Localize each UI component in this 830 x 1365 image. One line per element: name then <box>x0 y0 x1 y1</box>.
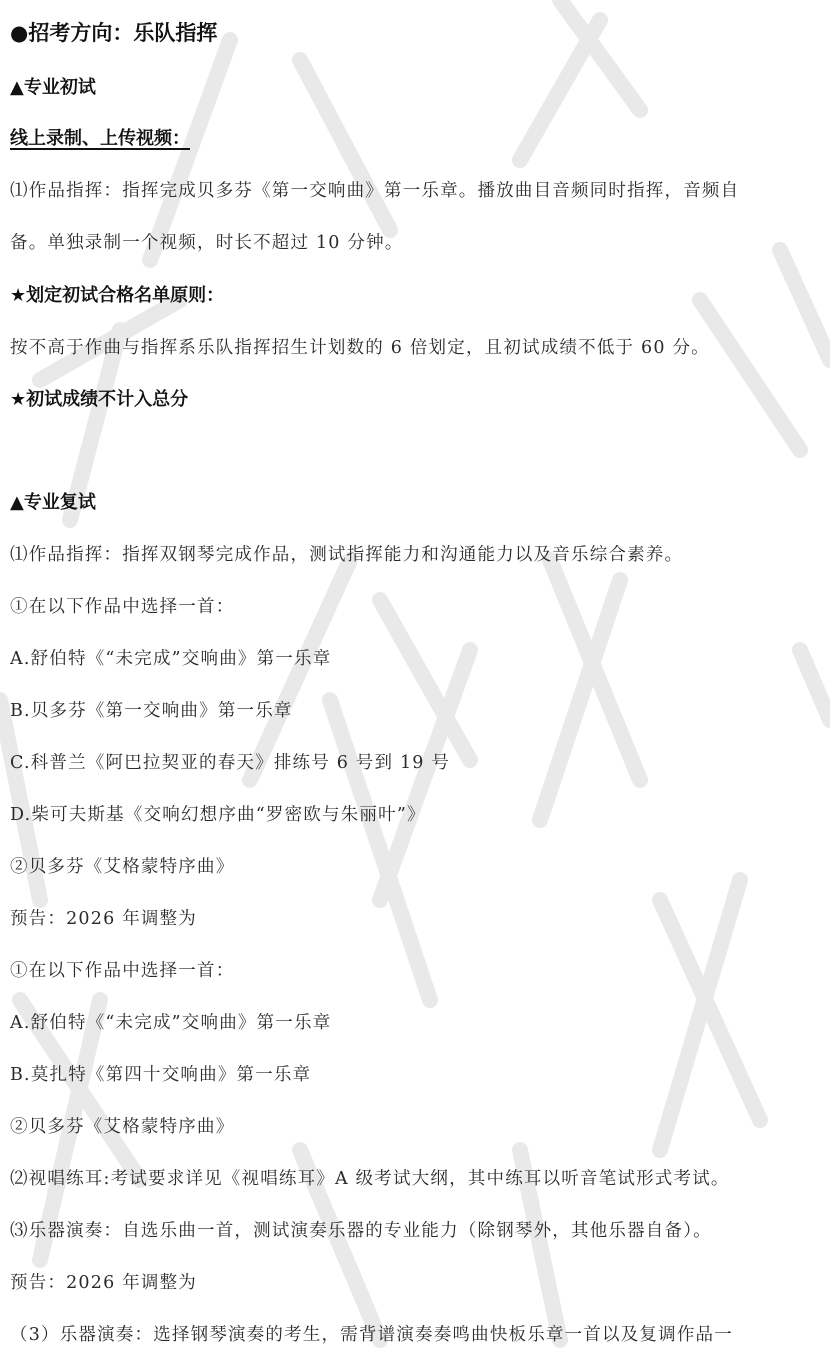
choose-one: ①在以下作品中选择一首： <box>10 594 234 620</box>
page-title: ●招考方向：乐队指挥 <box>10 20 217 46</box>
section-heading-prelim: ▲专业初试 <box>10 75 96 101</box>
prelim-item1-line2: 备。单独录制一个视频，时长不超过 10 分钟。 <box>10 230 404 256</box>
notice-option-a: A.舒伯特《“未完成”交响曲》第一乐章 <box>10 1010 331 1036</box>
notice-item2: ②贝多芬《艾格蒙特序曲》 <box>10 1114 234 1140</box>
option-b: B.贝多芬《第一交响曲》第一乐章 <box>10 698 293 724</box>
subheading-online-upload: 线上录制、上传视频： <box>10 126 190 152</box>
notice-label-1: 预告：2026 年调整为 <box>10 906 197 932</box>
rule-text: 按不高于作曲与指挥系乐队指挥招生计划数的 6 倍划定，且初试成绩不低于 60 分… <box>10 335 710 361</box>
prelim-note: ★初试成绩不计入总分 <box>10 387 188 413</box>
rule-heading: ★划定初试合格名单原则： <box>10 283 224 309</box>
sightsinging-item: ⑵视唱练耳:考试要求详见《视唱练耳》A 级考试大纲，其中练耳以听音笔试形式考试。 <box>10 1166 730 1192</box>
instrument-item: ⑶乐器演奏：自选乐曲一首，测试演奏乐器的专业能力（除钢琴外，其他乐器自备）。 <box>10 1218 712 1244</box>
option-c: C.科普兰《阿巴拉契亚的春天》排练号 6 号到 19 号 <box>10 750 450 776</box>
notice-option-b: B.莫扎特《第四十交响曲》第一乐章 <box>10 1062 311 1088</box>
notice-label-2: 预告：2026 年调整为 <box>10 1270 197 1296</box>
prelim-item1-line1: ⑴作品指挥：指挥完成贝多芬《第一交响曲》第一乐章。播放曲目音频同时指挥，音频自 <box>10 178 739 204</box>
notice-instrument-text: （3）乐器演奏：选择钢琴演奏的考生，需背谱演奏奏鸣曲快板乐章一首以及复调作品一 <box>10 1322 733 1348</box>
option-d: D.柴可夫斯基《交响幻想序曲“罗密欧与朱丽叶”》 <box>10 802 426 828</box>
notice-choose-one: ①在以下作品中选择一首： <box>10 958 234 984</box>
second-item2: ②贝多芬《艾格蒙特序曲》 <box>10 854 234 880</box>
option-a: A.舒伯特《“未完成”交响曲》第一乐章 <box>10 646 331 672</box>
watermark <box>0 0 830 1365</box>
section-heading-second: ▲专业复试 <box>10 490 96 516</box>
second-item1: ⑴作品指挥：指挥双钢琴完成作品，测试指挥能力和沟通能力以及音乐综合素养。 <box>10 542 683 568</box>
